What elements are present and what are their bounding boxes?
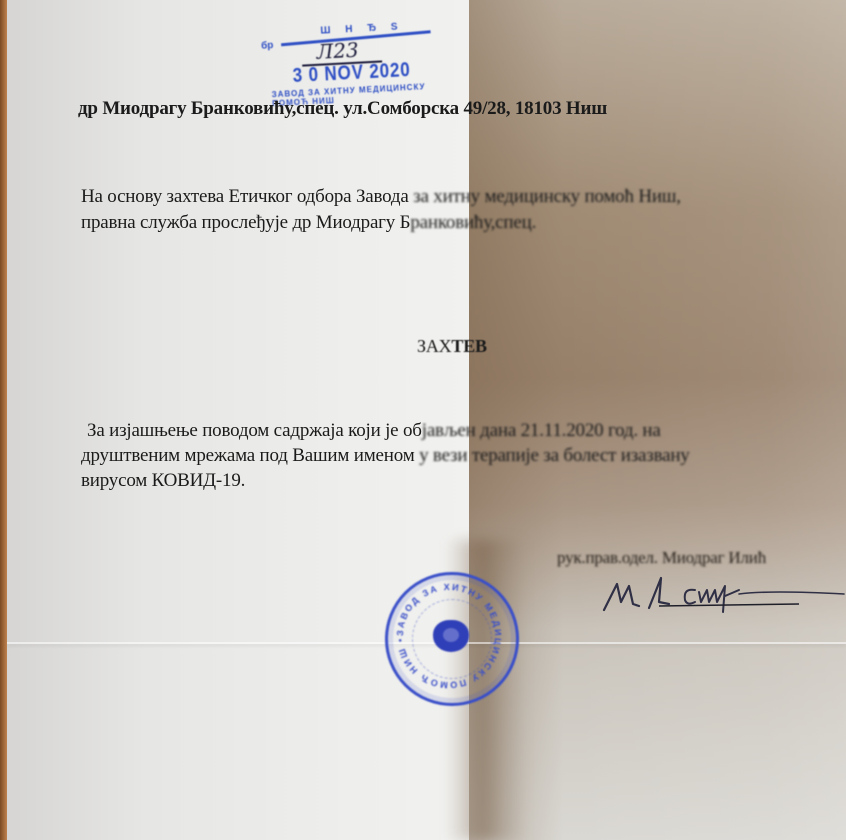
signatory-title: рук.прав.одел. Миодраг Илић [557,548,766,568]
heading-left: ЗАХ [417,336,451,356]
document-page: Ш Н Ђ Ѕ бр Л23 3 0 NOV 2020 ЗАВОД ЗА ХИТ… [7,0,846,840]
official-round-seal: ЗАВОД ЗА ХИТНУ МЕДИЦИНСКУ ПОМОЋ НИШ • [385,572,519,706]
body-line-1-right: јављен дана 21.11.2020 год. на [422,420,661,441]
heading-right: ТЕВ [451,336,486,356]
body-line-2-left: друштвеним мрежама под Вашим именом [81,445,415,466]
body-line-1: За изјашњење поводом садржаја који је об… [87,420,661,442]
addressee-address: Сомборска 49/28, 18103 Ниш [367,98,607,119]
seal-emblem-icon [433,620,469,652]
document-heading: ЗАХТЕВ [417,336,487,357]
body-line-2-right: у вези терапије за болест изазвану [415,445,690,466]
receipt-stamp: Ш Н Ђ Ѕ бр Л23 3 0 NOV 2020 ЗАВОД ЗА ХИТ… [260,15,444,104]
body-line-1-left: За изјашњење поводом садржаја који је об [87,420,422,441]
handwritten-signature [599,572,846,622]
addressee-line: др Миодрагу Бранковићу,спец. ул.Сомборск… [78,98,607,120]
addressee-name: др Миодрагу Бранковићу,спец. ул. [78,98,367,119]
body-line-2: друштвеним мрежама под Вашим именом у ве… [81,445,690,467]
stamp-registration-number: Л23 [316,38,359,64]
intro-line-2: правна служба прослеђује др Миодрагу Бра… [81,212,536,234]
intro-line-1: На основу захтева Етичког одбора Завода … [81,186,681,208]
stamp-number-prefix: бр [261,40,274,52]
intro-line-1-right: за хитну медицинску помоћ Ниш, [409,186,681,207]
intro-line-2-left: правна служба прослеђује др Миодрагу Б [81,212,410,233]
intro-line-1-left: На основу захтева Етичког одбора Завода [81,186,409,207]
intro-line-2-right: ранковићу,спец. [410,212,536,233]
body-line-3: вирусом КОВИД-19. [81,470,245,492]
